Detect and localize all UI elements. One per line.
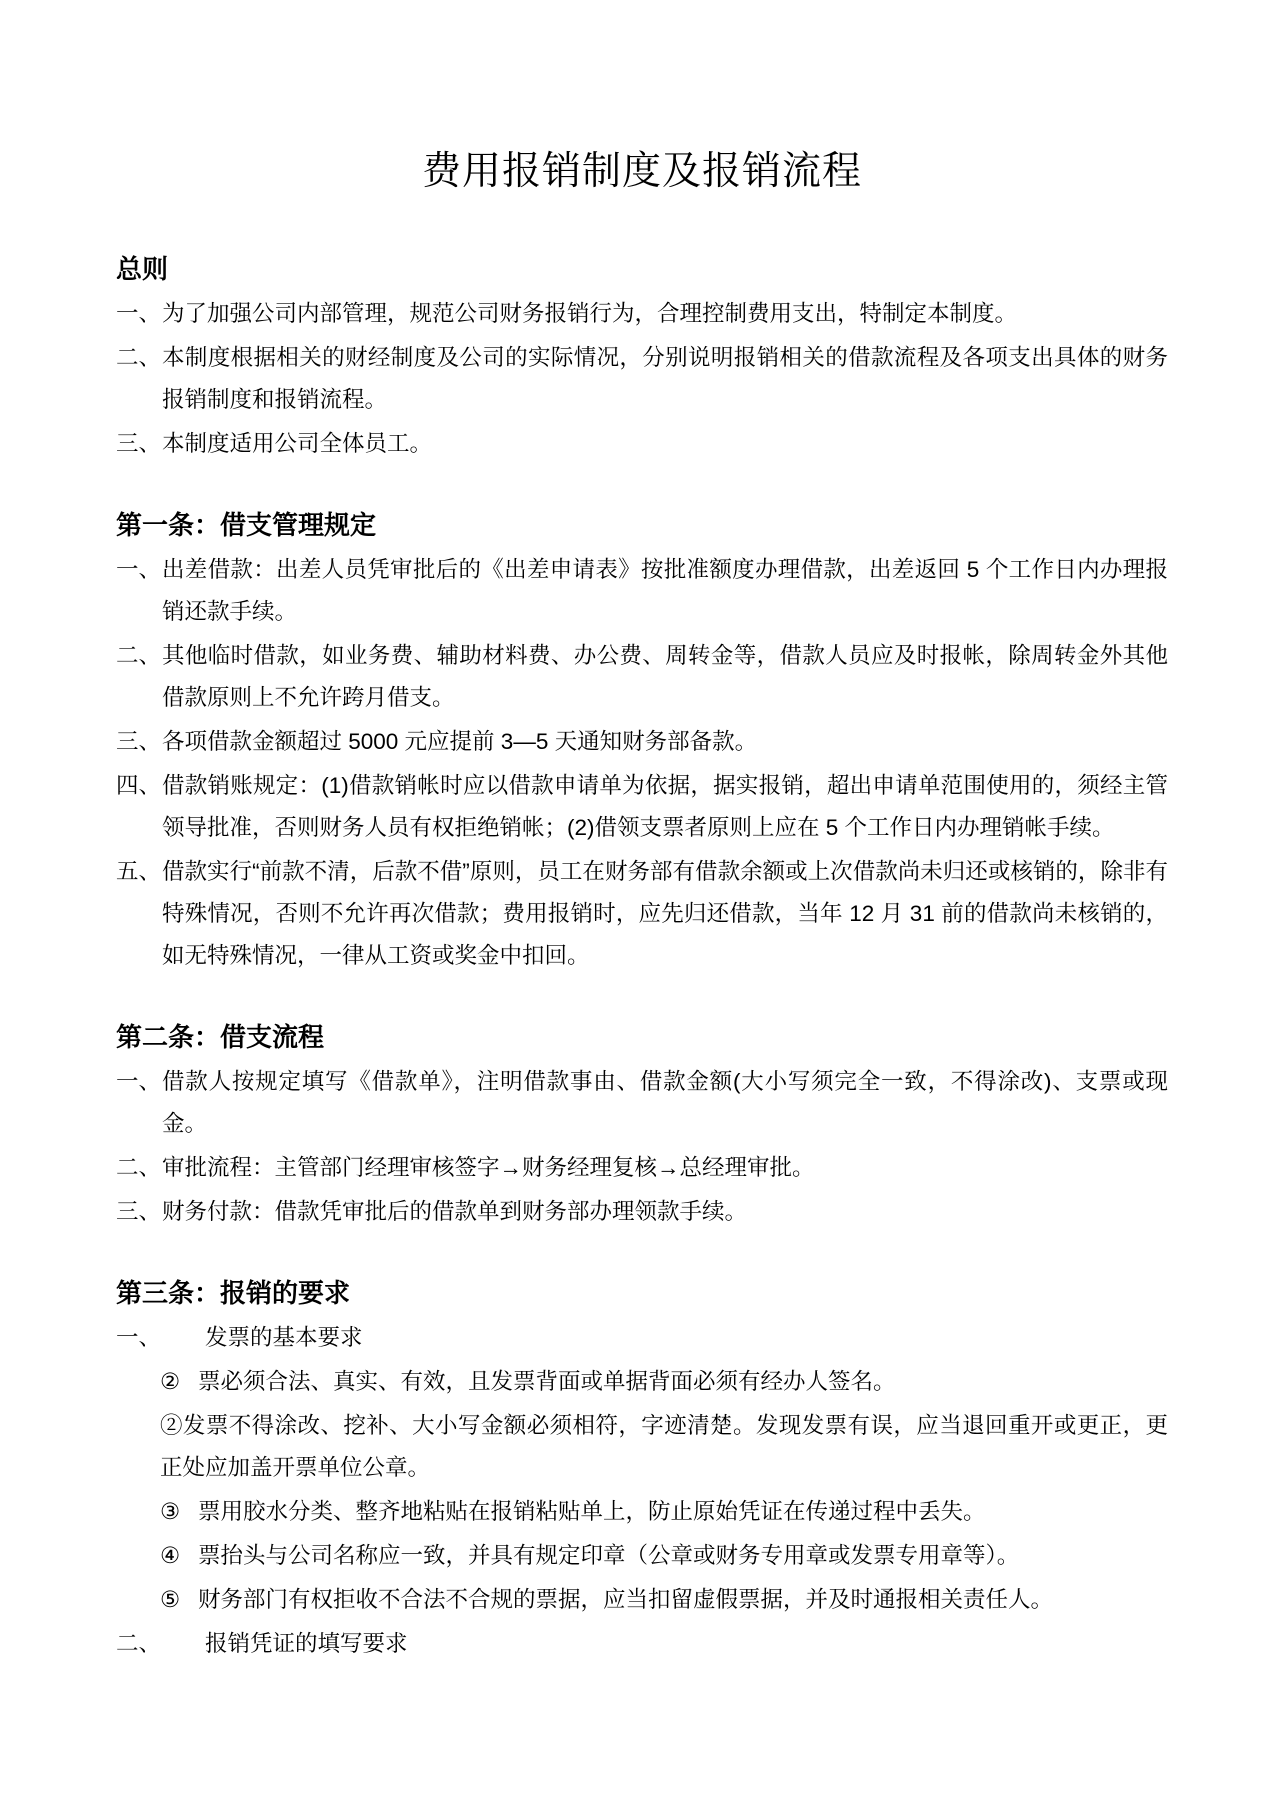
item-marker: 一、 (116, 293, 161, 335)
item-marker: 三、 (116, 423, 161, 465)
doc-section: 第一条：借支管理规定一、出差借款：出差人员凭审批后的《出差申请表》按批准额度办理… (116, 507, 1168, 977)
list-item: 二、其他临时借款，如业务费、辅助材料费、办公费、周转金等，借款人员应及时报帐，除… (116, 635, 1168, 719)
item-text: ②发票不得涂改、挖补、大小写金额必须相符，字迹清楚。发现发票有误，应当退回重开或… (160, 1413, 1168, 1480)
item-marker: 二、 (116, 337, 161, 379)
list-item: 二、审批流程：主管部门经理审核签字→财务经理复核→总经理审批。 (116, 1147, 1168, 1189)
item-text: 为了加强公司内部管理，规范公司财务报销行为，合理控制费用支出，特制定本制度。 (162, 301, 1017, 326)
item-text: 票抬头与公司名称应一致，并具有规定印章（公章或财务专用章或发票专用章等）。 (198, 1543, 1019, 1568)
document-title: 费用报销制度及报销流程 (116, 147, 1168, 197)
item-text: 票必须合法、真实、有效，且发票背面或单据背面必须有经办人签名。 (198, 1369, 896, 1394)
item-marker: 三、 (116, 721, 161, 763)
item-marker: 二、 (116, 1147, 161, 1189)
list-item: 一、发票的基本要求 (116, 1317, 1168, 1359)
section-heading: 总则 (116, 251, 1168, 287)
item-marker: 五、 (116, 851, 161, 893)
item-text: 借款实行“前款不清，后款不借”原则，员工在财务部有借款余额或上次借款尚未归还或核… (162, 859, 1168, 968)
list-item: 三、本制度适用公司全体员工。 (116, 423, 1168, 465)
doc-section: 第三条：报销的要求一、发票的基本要求②票必须合法、真实、有效，且发票背面或单据背… (116, 1275, 1168, 1665)
item-text: 出差借款：出差人员凭审批后的《出差申请表》按批准额度办理借款，出差返回 5 个工… (162, 557, 1168, 624)
item-marker: 二、 (116, 1623, 161, 1665)
item-marker: 四、 (116, 765, 161, 807)
item-text: 其他临时借款，如业务费、辅助材料费、办公费、周转金等，借款人员应及时报帐，除周转… (162, 643, 1168, 710)
item-text: 本制度适用公司全体员工。 (162, 431, 432, 456)
item-text: 报销凭证的填写要求 (205, 1631, 408, 1656)
item-marker: 一、 (116, 1061, 161, 1103)
item-text: 审批流程：主管部门经理审核签字→财务经理复核→总经理审批。 (162, 1155, 815, 1180)
item-text: 各项借款金额超过 5000 元应提前 3—5 天通知财务部备款。 (162, 729, 757, 754)
list-item: 五、借款实行“前款不清，后款不借”原则，员工在财务部有借款余额或上次借款尚未归还… (116, 851, 1168, 977)
section-heading: 第一条：借支管理规定 (116, 507, 1168, 543)
section-heading: 第二条：借支流程 (116, 1019, 1168, 1055)
item-text: 借款人按规定填写《借款单》，注明借款事由、借款金额(大小写须完全一致，不得涂改)… (162, 1069, 1168, 1136)
item-text: 票用胶水分类、整齐地粘贴在报销粘贴单上，防止原始凭证在传递过程中丢失。 (198, 1499, 986, 1524)
item-marker: 一、 (116, 1317, 161, 1359)
list-item: 四、借款销账规定：(1)借款销帐时应以借款申请单为依据，据实报销，超出申请单范围… (116, 765, 1168, 849)
list-item: 一、为了加强公司内部管理，规范公司财务报销行为，合理控制费用支出，特制定本制度。 (116, 293, 1168, 335)
list-item: ③票用胶水分类、整齐地粘贴在报销粘贴单上，防止原始凭证在传递过程中丢失。 (116, 1491, 1168, 1533)
list-item: 三、各项借款金额超过 5000 元应提前 3—5 天通知财务部备款。 (116, 721, 1168, 763)
list-item: ④票抬头与公司名称应一致，并具有规定印章（公章或财务专用章或发票专用章等）。 (116, 1535, 1168, 1577)
doc-section: 总则一、为了加强公司内部管理，规范公司财务报销行为，合理控制费用支出，特制定本制… (116, 251, 1168, 465)
list-item: ⑤财务部门有权拒收不合法不合规的票据，应当扣留虚假票据，并及时通报相关责任人。 (116, 1579, 1168, 1621)
list-item: 二、本制度根据相关的财经制度及公司的实际情况，分别说明报销相关的借款流程及各项支… (116, 337, 1168, 421)
item-marker: ④ (160, 1535, 180, 1577)
list-item: 三、财务付款：借款凭审批后的借款单到财务部办理领款手续。 (116, 1191, 1168, 1233)
list-item: 一、借款人按规定填写《借款单》，注明借款事由、借款金额(大小写须完全一致，不得涂… (116, 1061, 1168, 1145)
document-page: 费用报销制度及报销流程 总则一、为了加强公司内部管理，规范公司财务报销行为，合理… (0, 0, 1280, 1810)
item-text: 本制度根据相关的财经制度及公司的实际情况，分别说明报销相关的借款流程及各项支出具… (162, 345, 1168, 412)
item-text: 财务付款：借款凭审批后的借款单到财务部办理领款手续。 (162, 1199, 747, 1224)
list-item: 二、报销凭证的填写要求 (116, 1623, 1168, 1665)
item-marker: 一、 (116, 549, 161, 591)
list-item: 一、出差借款：出差人员凭审批后的《出差申请表》按批准额度办理借款，出差返回 5 … (116, 549, 1168, 633)
list-item: ②票必须合法、真实、有效，且发票背面或单据背面必须有经办人签名。 (116, 1361, 1168, 1403)
item-marker: ③ (160, 1491, 180, 1533)
section-heading: 第三条：报销的要求 (116, 1275, 1168, 1311)
sections-container: 总则一、为了加强公司内部管理，规范公司财务报销行为，合理控制费用支出，特制定本制… (116, 251, 1168, 1665)
doc-section: 第二条：借支流程一、借款人按规定填写《借款单》，注明借款事由、借款金额(大小写须… (116, 1019, 1168, 1233)
list-item: ②发票不得涂改、挖补、大小写金额必须相符，字迹清楚。发现发票有误，应当退回重开或… (160, 1405, 1168, 1489)
item-marker: 三、 (116, 1191, 161, 1233)
item-marker: ⑤ (160, 1579, 180, 1621)
item-marker: 二、 (116, 635, 161, 677)
item-marker: ② (160, 1361, 180, 1403)
item-text: 借款销账规定：(1)借款销帐时应以借款申请单为依据，据实报销，超出申请单范围使用… (162, 773, 1168, 840)
item-text: 发票的基本要求 (205, 1325, 363, 1350)
item-text: 财务部门有权拒收不合法不合规的票据，应当扣留虚假票据，并及时通报相关责任人。 (198, 1587, 1053, 1612)
